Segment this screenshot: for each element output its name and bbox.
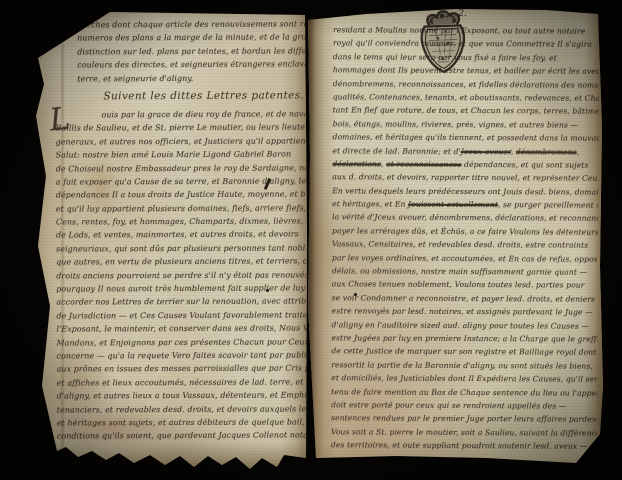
manuscript-line: dépendances Il a tous droits de Justice …	[56, 188, 306, 202]
manuscript-line: de Choiseul nostre Embassadeur pres le r…	[56, 161, 306, 175]
manuscript-line: que autres, en vertu de plusieurs ancien…	[56, 255, 306, 269]
manuscript-line: et affiches et lieux accoutumés, nécessa…	[57, 375, 307, 389]
manuscript-line: de cette Justice de marquer sur son regi…	[331, 345, 597, 360]
manuscript-line: terre, et seigneurie d'aligny.	[77, 71, 305, 85]
manuscript-line: aux prônes en issues des messes parroiss…	[57, 362, 307, 376]
manuscript-line: numeros des plans a la marge de la minut…	[77, 31, 305, 45]
manuscript-line: tant En fief que roture, de tous, et Cha…	[333, 104, 599, 119]
manuscript-line: conditions qu'ils soient, que pardevant …	[57, 429, 307, 443]
manuscript-line: generaux, et autres nos officiers, et Ju…	[56, 134, 306, 148]
left-page-text: porches dont chaque article des renouvis…	[55, 17, 307, 443]
letters-patent-heading: Suivent les dittes Lettres patentes.	[103, 88, 305, 104]
manuscript-line: de Jurisdiction — et Ces Causes Voulant …	[56, 308, 306, 322]
manuscript-line: seigneuriaux, qui sont dûs par plusieurs…	[56, 241, 306, 255]
photo-backdrop: porches dont chaque article des renouvis…	[0, 0, 622, 480]
manuscript-line: doit estre porté pour ceux qui se rendro…	[331, 398, 597, 413]
manuscript-line: Baillis de Saulieu, et de St. pierre Le …	[56, 121, 306, 135]
manuscript-line: et qu'il luy appartient plusieurs domain…	[56, 201, 306, 215]
manuscript-line: Cens, rentes, foy, et hommages, Champart…	[56, 215, 306, 229]
manuscript-line: qualités, Contenances, tenants, et about…	[333, 90, 599, 105]
manuscript-line: l'Exposant, le maintenir, et conserver d…	[56, 322, 306, 336]
manuscript-line: aux Choses tenues noblement, Voulons tou…	[332, 278, 598, 293]
ink-dot	[266, 289, 269, 292]
manuscript-line: tenanciers, et redevables desd. droits, …	[57, 402, 307, 416]
manuscript-line: de Lods, et ventes, mainmortes, et autre…	[56, 228, 306, 242]
manuscript-line: Mandons, et Enjoignons par ces présentes…	[56, 335, 306, 349]
manuscript-line: dénombremens, reconnoissances, et fidell…	[333, 77, 599, 92]
manuscript-line: se voir Condamner a reconnoistre, et pay…	[332, 291, 598, 306]
manuscript-line: et domiciliés, les Justiciables dont Il …	[331, 371, 597, 386]
manuscript-line: déclarations, et reconnoissances dépenda…	[332, 157, 598, 172]
manuscript-line: et héritages, et En Jouissent actuelleme…	[332, 197, 598, 212]
manuscript-line: Vassaux, Censitaires, et redevables desd…	[332, 238, 598, 253]
armorial-stamp-icon	[413, 9, 473, 77]
manuscript-line: Salut: nostre bien amé Louis Marie Ligon…	[56, 148, 306, 162]
manuscript-line: d'aligny en l'auditoire sized aud. align…	[332, 318, 598, 333]
manuscript-line: payer les arrérages dûs, et Échûs, a ce …	[332, 224, 598, 239]
manuscript-line: droits anciens pourroient se perdre s'il…	[56, 268, 306, 282]
manuscript-line: estre renvoyés par lesd. notaires, et as…	[332, 305, 598, 320]
manuscript-line: En vertu desquels leurs prédécesseurs on…	[332, 184, 598, 199]
manuscript-line: ressortit la partie de la Baronnie d'ali…	[331, 358, 597, 373]
intro-paragraph: porches dont chaque article des renouvis…	[55, 17, 305, 85]
manuscript-line: des territoires, et oute suppliant poudr…	[331, 438, 597, 453]
right-page: 2. residant a Moulins nommé par l'Exposa…	[306, 6, 604, 476]
manuscript-line: tenu de faire mention au Bas de Chaque s…	[331, 385, 597, 400]
manuscript-line: délais, ou obmissions, nostre main suffi…	[332, 264, 598, 279]
manuscript-line: par les voyes ordinaires, et accoutumées…	[332, 251, 598, 266]
left-page: porches dont chaque article des renouvis…	[22, 6, 310, 476]
manuscript-line: bois, étangs, moulins, rivieres, prés, v…	[333, 117, 599, 132]
manuscript-line: couleurs des directes, et seigneuries ét…	[77, 58, 305, 72]
letters-patent-body: L ouis par la grace de dieu roy de franc…	[55, 107, 306, 443]
manuscript-line: porches dont chaque article des renouvis…	[77, 17, 305, 31]
manuscript-line: ouis par la grace de dieu roy de france,…	[55, 107, 305, 121]
manuscript-line: distinction sur led. plans par teintes, …	[77, 44, 305, 58]
manuscript-line: concerne — qu'a la requete Vero faites s…	[57, 348, 307, 362]
manuscript-line: estre Jugées par luy en premiere Instanc…	[331, 331, 597, 346]
drop-cap-initial: L	[48, 100, 72, 138]
manuscript-line: et héritages sont sujets, et autres débi…	[57, 415, 307, 429]
manuscript-line: Vous soit a St. pierre le moutier, soit …	[331, 425, 597, 440]
manuscript-line: et directe de lad. Baronnie; et d'Jceux …	[332, 144, 598, 159]
manuscript-line: sentences rendues par le premier Juge po…	[331, 412, 597, 427]
manuscript-line: la vérité d'Jceux avouer, dénombremens, …	[332, 211, 598, 226]
manuscript-line: aux d. droits, et devoirs, rapporter tit…	[332, 171, 598, 186]
body-lines: ouis par la grace de dieu roy de france,…	[55, 107, 306, 443]
manuscript-line: domaines, et héritages qu'ils tiennent, …	[332, 130, 598, 145]
right-page-text: residant a Moulins nommé par l'Exposant,…	[331, 23, 599, 453]
manuscript-line: accorder nos Lettres de terrier sur la r…	[56, 295, 306, 309]
ink-dot	[354, 293, 357, 296]
manuscript-line: d'aligny, et autres lieux a tous Vassaux…	[57, 389, 307, 403]
